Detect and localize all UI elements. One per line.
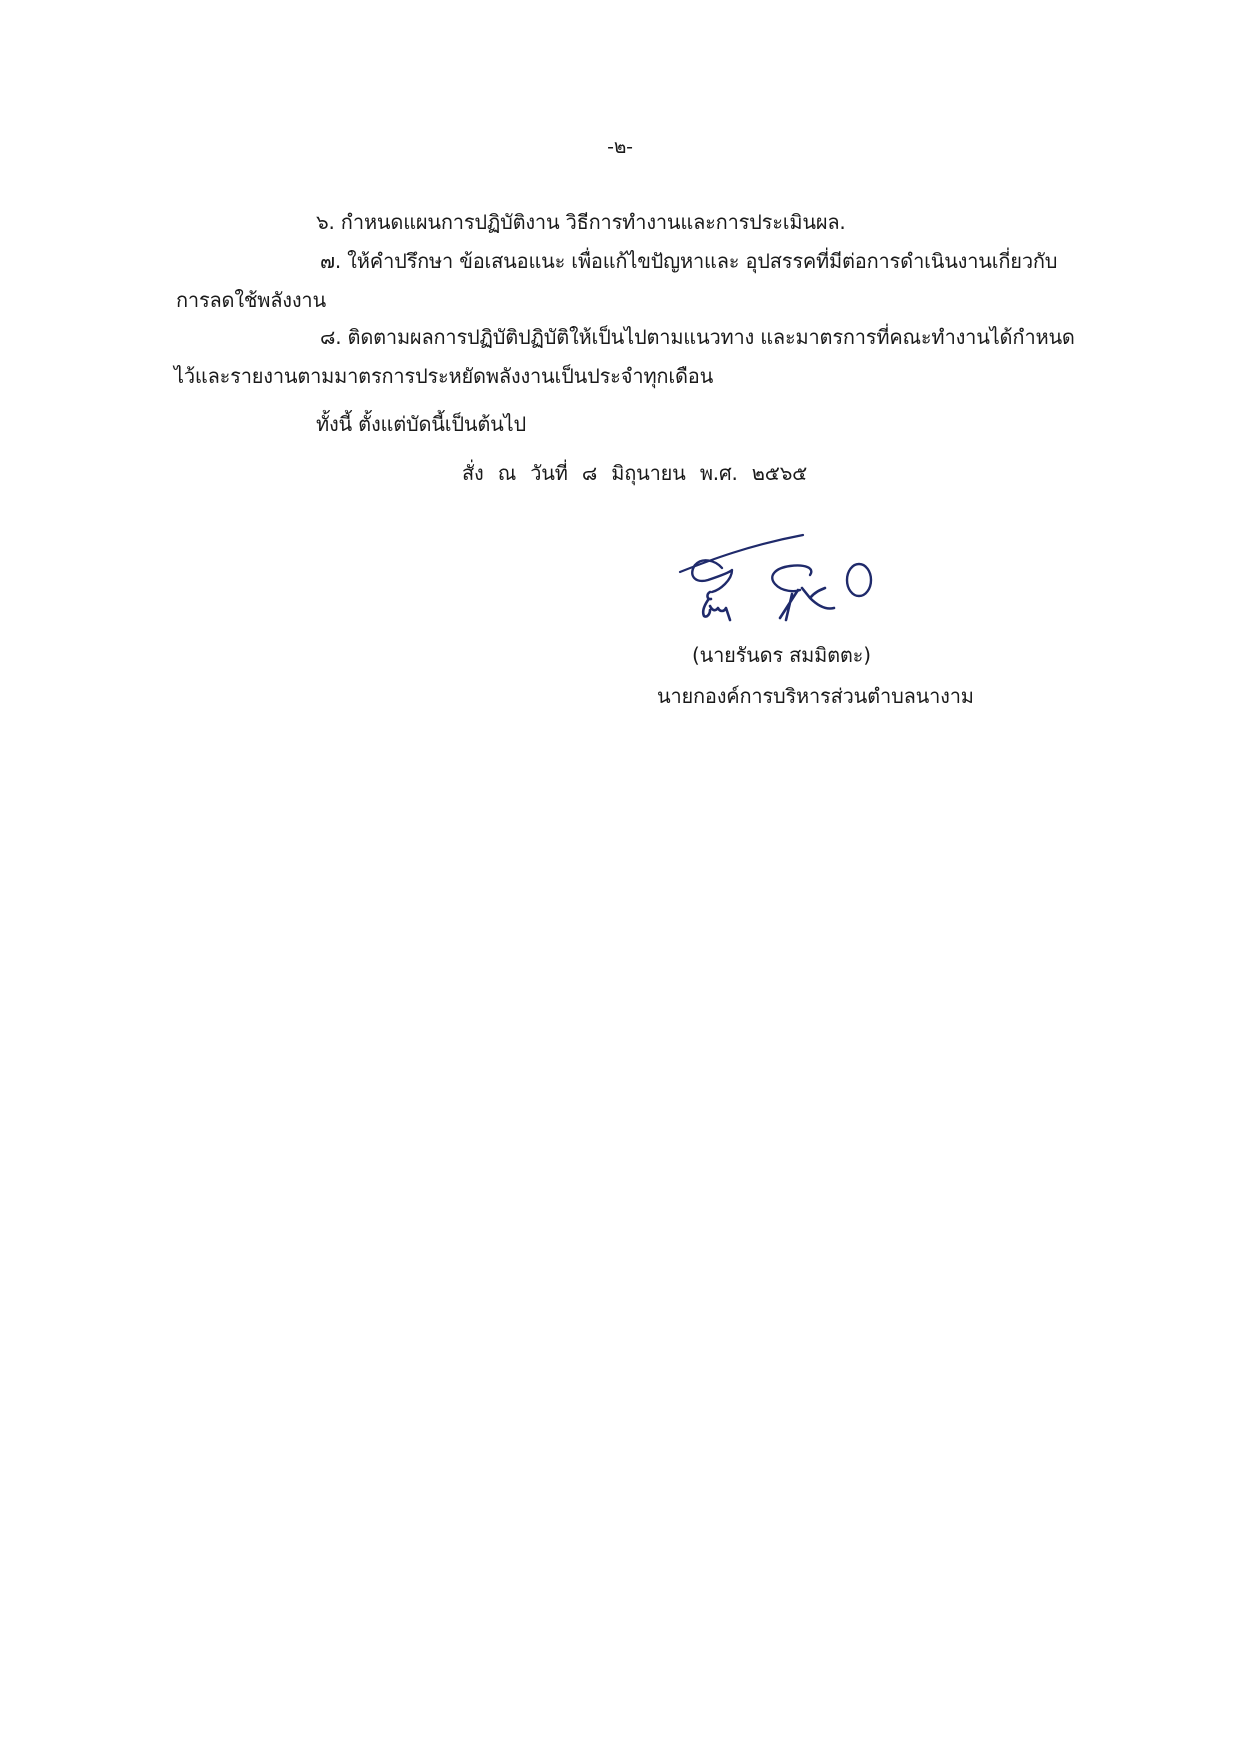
item-8-line-2: ไว้และรายงานตามมาตรการประหยัดพลังงานเป็น… — [174, 361, 713, 391]
item-8-line-1: ๘. ติดตามผลการปฏิบัติปฏิบัติให้เป็นไปตาม… — [320, 322, 1075, 352]
dated-line: สั่ง ณ วันที่ ๘ มิถุนายน พ.ศ. ๒๕๖๕ — [462, 458, 807, 488]
signer-title: นายกองค์การบริหารส่วนตำบลนางาม — [657, 681, 974, 711]
item-6-line-1: ๖. กำหนดแผนการปฏิบัติงาน วิธีการทำงานและ… — [316, 207, 846, 237]
signer-name: (นายรันดร สมมิตตะ) — [692, 640, 871, 670]
page-number: -๒- — [0, 132, 1240, 162]
effective-statement: ทั้งนี้ ตั้งแต่บัดนี้เป็นต้นไป — [316, 409, 526, 439]
signature-icon — [660, 520, 900, 630]
item-7-line-1: ๗. ให้คำปรึกษา ข้อเสนอแนะ เพื่อแก้ไขปัญห… — [320, 246, 1057, 276]
document-page: -๒- ๖. กำหนดแผนการปฏิบัติงาน วิธีการทำงา… — [0, 0, 1240, 1755]
item-7-line-2: การลดใช้พลังงาน — [176, 285, 326, 315]
